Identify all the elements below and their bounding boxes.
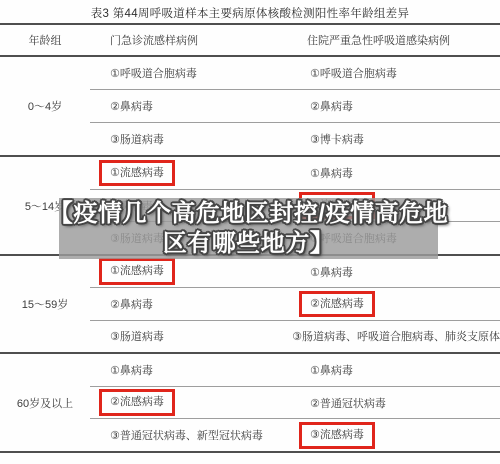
pathogen-label: ①鼻病毒	[310, 362, 353, 378]
pathogen-items: ①呼吸道合胞病毒①呼吸道合胞病毒②鼻病毒②鼻病毒③肠道病毒③博卡病毒	[90, 57, 500, 155]
highlighted-pathogen-label: ①流感病毒	[99, 160, 175, 187]
sari-pathogen-cell: ②普通冠状病毒	[300, 395, 500, 411]
sari-pathogen-cell: ①呼吸道合胞病毒	[300, 65, 500, 81]
pathogen-rank-row: ②鼻病毒②流感病毒	[90, 287, 500, 319]
ili-pathogen-cell: ③肠道病毒	[90, 328, 282, 344]
sari-pathogen-cell: ②鼻病毒	[300, 98, 500, 114]
age-group-row: 60岁及以上①鼻病毒①鼻病毒②流感病毒②普通冠状病毒③普通冠状病毒、新型冠状病毒…	[0, 354, 500, 453]
pathogen-label: ③普通冠状病毒、新型冠状病毒	[110, 427, 263, 443]
highlighted-pathogen-label: ②流感病毒	[299, 291, 375, 318]
pathogen-rank-row: ①流感病毒①鼻病毒	[90, 256, 500, 287]
header-outpatient-ili-cases: 门急诊流感样病例	[90, 32, 295, 48]
highlighted-pathogen-label: ①流感病毒	[99, 258, 175, 285]
pathogen-rank-row: ③肠道病毒③博卡病毒	[90, 122, 500, 155]
pathogen-label: ③肠道病毒	[110, 328, 164, 344]
highlighted-pathogen-label: ③流感病毒	[299, 422, 375, 449]
ili-pathogen-cell: ③普通冠状病毒、新型冠状病毒	[90, 427, 300, 443]
pathogen-label: ②普通冠状病毒	[310, 395, 386, 411]
pathogen-label: ②鼻病毒	[110, 98, 153, 114]
pathogen-label: ②鼻病毒	[110, 296, 153, 312]
age-group-row: 0～4岁①呼吸道合胞病毒①呼吸道合胞病毒②鼻病毒②鼻病毒③肠道病毒③博卡病毒	[0, 57, 500, 157]
pathogen-rank-row: ③普通冠状病毒、新型冠状病毒③流感病毒	[90, 418, 500, 451]
pathogen-items: ①流感病毒①鼻病毒②鼻病毒②流感病毒③肠道病毒③肠道病毒、呼吸道合胞病毒、肺炎支…	[90, 256, 500, 352]
pathogen-label: ③博卡病毒	[310, 131, 364, 147]
sari-pathogen-cell: ①鼻病毒	[300, 264, 500, 280]
ili-pathogen-cell: ①流感病毒	[90, 258, 300, 285]
sari-pathogen-cell: ③流感病毒	[300, 422, 500, 449]
pathogen-rank-row: ③肠道病毒③肠道病毒、呼吸道合胞病毒、肺炎支原体	[90, 320, 500, 352]
pathogen-label: ③肠道病毒	[110, 131, 164, 147]
ili-pathogen-cell: ②鼻病毒	[90, 98, 300, 114]
ili-pathogen-cell: ③肠道病毒	[90, 131, 300, 147]
pathogen-rank-row: ①流感病毒①鼻病毒	[90, 157, 500, 189]
pathogen-rank-row: ②鼻病毒②鼻病毒	[90, 89, 500, 122]
ili-pathogen-cell: ①呼吸道合胞病毒	[90, 65, 300, 81]
sari-pathogen-cell: ②流感病毒	[300, 291, 500, 318]
ili-pathogen-cell: ①鼻病毒	[90, 362, 300, 378]
ili-pathogen-cell: ②鼻病毒	[90, 296, 300, 312]
pathogen-label: ③肠道病毒、呼吸道合胞病毒、肺炎支原体	[292, 328, 500, 344]
pathogen-label: ①鼻病毒	[310, 264, 353, 280]
sari-pathogen-cell: ③博卡病毒	[300, 131, 500, 147]
table-caption: 表3 第44周呼吸道样本主要病原体核酸检测阳性率年龄组差异	[0, 0, 500, 25]
age-group-label: 15～59岁	[0, 256, 90, 352]
pathogen-items: ①鼻病毒①鼻病毒②流感病毒②普通冠状病毒③普通冠状病毒、新型冠状病毒③流感病毒	[90, 354, 500, 451]
pathogen-rank-row: ①鼻病毒①鼻病毒	[90, 354, 500, 386]
ili-pathogen-cell: ①流感病毒	[90, 160, 300, 187]
watermark-text-line2: 区有哪些地方】	[163, 229, 335, 259]
ili-pathogen-cell: ②流感病毒	[90, 389, 300, 416]
header-age-group: 年龄组	[0, 32, 90, 48]
age-group-row: 15～59岁①流感病毒①鼻病毒②鼻病毒②流感病毒③肠道病毒③肠道病毒、呼吸道合胞…	[0, 256, 500, 354]
watermark-text-line1: 【疫情几个高危地区封控/疫情高危地	[49, 199, 448, 229]
sari-pathogen-cell: ①鼻病毒	[300, 165, 500, 181]
table-header-row: 年龄组 门急诊流感样病例 住院严重急性呼吸道感染病例	[0, 25, 500, 57]
pathogen-rank-row: ①呼吸道合胞病毒①呼吸道合胞病毒	[90, 57, 500, 89]
header-hospitalized-sari-cases: 住院严重急性呼吸道感染病例	[295, 32, 500, 48]
pathogen-label: ①呼吸道合胞病毒	[110, 65, 197, 81]
highlighted-pathogen-label: ②流感病毒	[99, 389, 175, 416]
pathogen-label: ②鼻病毒	[310, 98, 353, 114]
pathogen-label: ①鼻病毒	[310, 165, 353, 181]
age-group-label: 0～4岁	[0, 57, 90, 155]
table-screenshot-root: 表3 第44周呼吸道样本主要病原体核酸检测阳性率年龄组差异 年龄组 门急诊流感样…	[0, 0, 500, 464]
sari-pathogen-cell: ③肠道病毒、呼吸道合胞病毒、肺炎支原体	[282, 328, 500, 344]
sari-pathogen-cell: ①鼻病毒	[300, 362, 500, 378]
watermark-overlay: 【疫情几个高危地区封控/疫情高危地 区有哪些地方】	[59, 198, 438, 259]
age-group-label: 60岁及以上	[0, 354, 90, 451]
pathogen-rank-row: ②流感病毒②普通冠状病毒	[90, 386, 500, 419]
pathogen-label: ①呼吸道合胞病毒	[310, 65, 397, 81]
pathogen-label: ①鼻病毒	[110, 362, 153, 378]
